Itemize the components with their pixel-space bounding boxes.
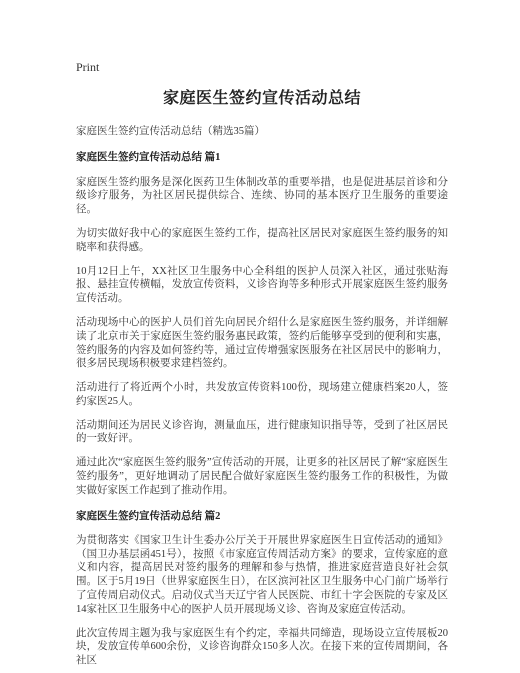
paragraph: 家庭医生签约服务是深化医药卫生体制改革的重要举措，也是促进基层首诊和分级诊疗服务… [76,176,448,217]
paragraph: 为贯彻落实《国家卫生计生委办公厅关于开展世界家庭医生日宣传活动的通知》（国卫办基… [76,534,448,617]
paragraph: 活动现场中心的医护人员们首先向居民介绍什么是家庭医生签约服务，并详细解读了北京市… [76,316,448,371]
section-1-heading: 家庭医生签约宣传活动总结 篇1 [76,151,448,165]
paragraph: 此次宣传周主题为我与家庭医生有个约定，幸福共同缔造，现场设立宣传展板20块，发放… [76,627,448,668]
paragraph: 10月12日上午，XX社区卫生服务中心全科组的医护人员深入社区，通过张贴海报、悬… [76,265,448,306]
section-2: 家庭医生签约宣传活动总结 篇2 为贯彻落实《国家卫生计生委办公厅关于开展世界家庭… [76,510,448,668]
paragraph: 通过此次“家庭医生签约服务”宣传活动的开展，让更多的社区居民了解“家庭医生签约服… [76,456,448,497]
document-page: Print 家庭医生签约宣传活动总结 家庭医生签约宣传活动总结（精选35篇） 家… [0,0,520,673]
page-title: 家庭医生签约宣传活动总结 [76,89,448,108]
page-subtitle: 家庭医生签约宣传活动总结（精选35篇） [76,125,448,139]
paragraph: 活动进行了将近两个小时，共发放宣传资料100份，现场建立健康档案20人，签约家医… [76,381,448,409]
section-1: 家庭医生签约宣传活动总结 篇1 家庭医生签约服务是深化医药卫生体制改革的重要举措… [76,151,448,497]
paragraph: 为切实做好我中心的家庭医生签约工作，提高社区居民对家庭医生签约服务的知晓率和获得… [76,227,448,255]
paragraph: 活动期间还为居民义诊咨询，测量血压，进行健康知识指导等，受到了社区居民的一致好评… [76,419,448,447]
print-link[interactable]: Print [76,60,99,75]
section-2-heading: 家庭医生签约宣传活动总结 篇2 [76,510,448,524]
